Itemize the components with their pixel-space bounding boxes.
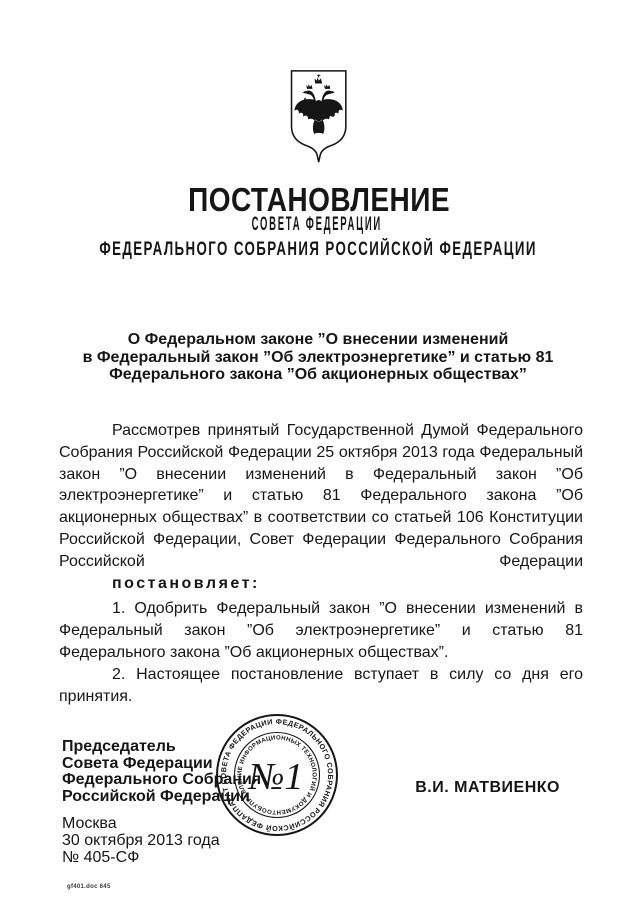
org-name-line1: СОВЕТА ФЕДЕРАЦИИ: [157, 214, 477, 236]
stamp-center-number: №1: [247, 756, 304, 798]
issue-date: 30 октября 2013 года: [62, 833, 220, 850]
decree-item-2: 2. Настоящее постановление вступает в си…: [59, 664, 583, 708]
file-reference-note: gf401.doc 645: [67, 884, 111, 890]
decree-item-1: 1. Одобрить Федеральный закон ”О внесени…: [59, 598, 583, 663]
issue-block: Москва 30 октября 2013 года № 405-СФ: [62, 816, 220, 866]
preamble-paragraph: Рассмотрев принятый Государственной Думо…: [59, 420, 583, 573]
issue-city: Москва: [62, 816, 220, 833]
official-round-stamp: АППАРАТ СОВЕТА ФЕДЕРАЦИИ ФЕДЕРАЛЬНОГО СО…: [212, 709, 342, 841]
org-name-line2: ФЕДЕРАЛЬНОГО СОБРАНИЯ РОССИЙСКОЙ ФЕДЕРАЦ…: [94, 239, 542, 261]
title-line: О Федеральном законе ”О внесении изменен…: [0, 331, 636, 349]
signatory-name: В.И. МАТВИЕНКО: [415, 779, 560, 797]
russia-coat-of-arms-icon: [286, 68, 352, 165]
decree-items: 1. Одобрить Федеральный закон ”О внесени…: [59, 598, 583, 707]
document-title: О Федеральном законе ”О внесении изменен…: [0, 331, 636, 384]
title-line: Федерального закона ”Об акционерных обще…: [0, 366, 636, 384]
decree-word: постановляет:: [59, 573, 583, 595]
document-body: Рассмотрев принятый Государственной Думо…: [59, 420, 583, 707]
decree-document-page: ПОСТАНОВЛЕНИЕ СОВЕТА ФЕДЕРАЦИИ ФЕДЕРАЛЬН…: [0, 0, 640, 905]
issue-number: № 405-СФ: [62, 850, 220, 867]
title-line: в Федеральный закон ”Об электроэнергетик…: [0, 349, 636, 367]
